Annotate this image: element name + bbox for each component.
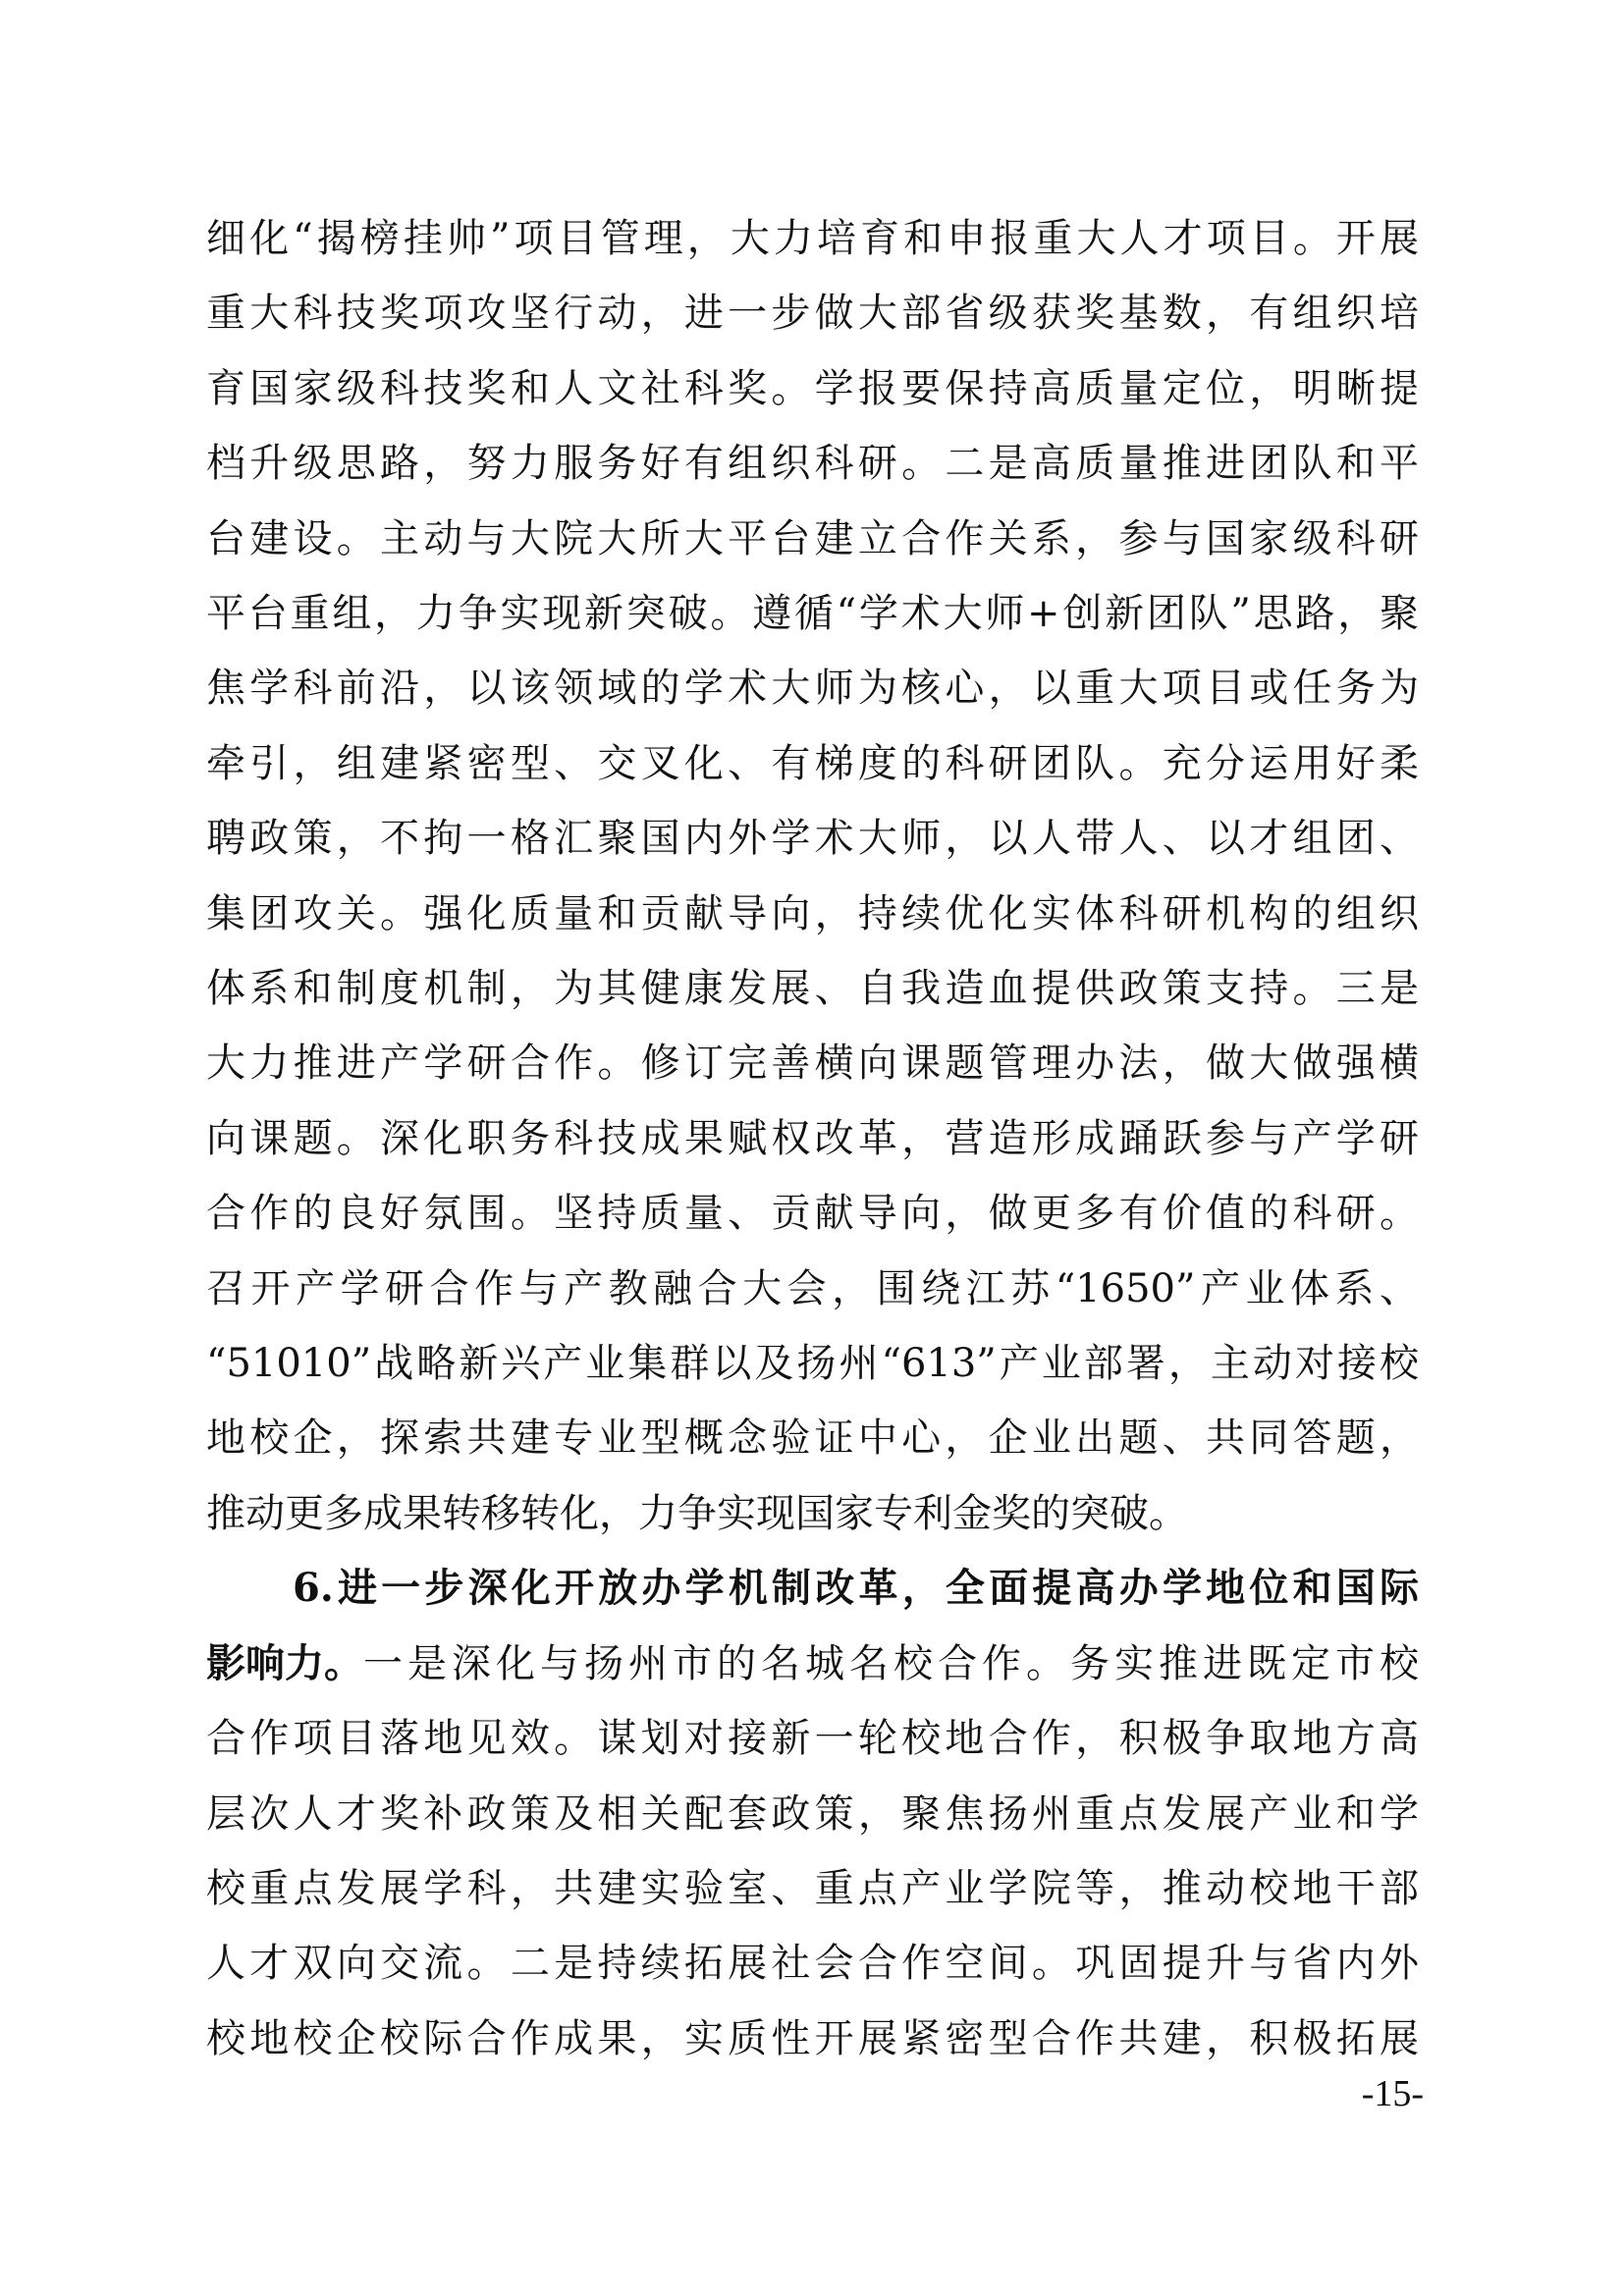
body-line: 校地校企校际合作成果，实质性开展紧密型合作共建，积极拓展 [206,2011,1419,2066]
page-number: -15- [1335,2071,1424,2116]
body-line: 育国家级科技奖和人文社科奖。学报要保持高质量定位，明晰提 [206,361,1419,416]
body-line: “51010”战略新兴产业集群以及扬州“613”产业部署，主动对接校 [206,1336,1419,1391]
document-page: 细化“揭榜挂帅”项目管理，大力培育和申报重大人才项目。开展 重大科技奖项攻坚行动… [0,0,1624,2296]
body-line: 合作的良好氛围。坚持质量、贡献导向，做更多有价值的科研。 [206,1186,1419,1241]
body-line: 细化“揭榜挂帅”项目管理，大力培育和申报重大人才项目。开展 [206,211,1419,266]
body-line: 平台重组，力争实现新突破。遵循“学术大师+创新团队”思路，聚 [206,586,1419,641]
body-line: 向课题。深化职务科技成果赋权改革，营造形成踊跃参与产学研 [206,1111,1419,1166]
section-heading-tail: 影响力。 [206,1636,363,1691]
body-line: 大力推进产学研合作。修订完善横向课题管理办法，做大做强横 [206,1036,1419,1091]
body-line: 重大科技奖项攻坚行动，进一步做大部省级获奖基数，有组织培 [206,286,1419,341]
body-line: 合作项目落地见效。谋划对接新一轮校地合作，积极争取地方高 [206,1711,1419,1766]
body-line: 体系和制度机制，为其健康发展、自我造血提供政策支持。三是 [206,961,1419,1016]
body-line: 焦学科前沿，以该领域的学术大师为核心，以重大项目或任务为 [206,661,1419,716]
body-line: 人才双向交流。二是持续拓展社会合作空间。巩固提升与省内外 [206,1936,1419,1991]
body-line: 校重点发展学科，共建实验室、重点产业学院等，推动校地干部 [206,1861,1419,1916]
body-line: 牵引，组建紧密型、交叉化、有梯度的科研团队。充分运用好柔 [206,736,1419,791]
body-line-with-heading-tail: 影响力。 一是深化与扬州市的名城名校合作。务实推进既定市校 [206,1636,1419,1691]
body-line: 推动更多成果转移转化，力争实现国家专利金奖的突破。 [206,1486,1419,1541]
body-line: 层次人才奖补政策及相关配套政策，聚焦扬州重点发展产业和学 [206,1787,1419,1842]
body-line: 档升级思路，努力服务好有组织科研。二是高质量推进团队和平 [206,436,1419,491]
body-line: 台建设。主动与大院大所大平台建立合作关系，参与国家级科研 [206,511,1419,566]
body-line: 地校企，探索共建专业型概念验证中心，企业出题、共同答题， [206,1411,1419,1466]
body-line: 聘政策，不拘一格汇聚国内外学术大师，以人带人、以才组团、 [206,811,1419,866]
body-text: 一是深化与扬州市的名城名校合作。务实推进既定市校 [363,1636,1419,1691]
body-line: 召开产学研合作与产教融合大会，围绕江苏“1650”产业体系、 [206,1261,1419,1316]
body-line: 集团攻关。强化质量和贡献导向，持续优化实体科研机构的组织 [206,886,1419,941]
section-heading: 6.进一步深化开放办学机制改革，全面提高办学地位和国际 [293,1561,1419,1616]
